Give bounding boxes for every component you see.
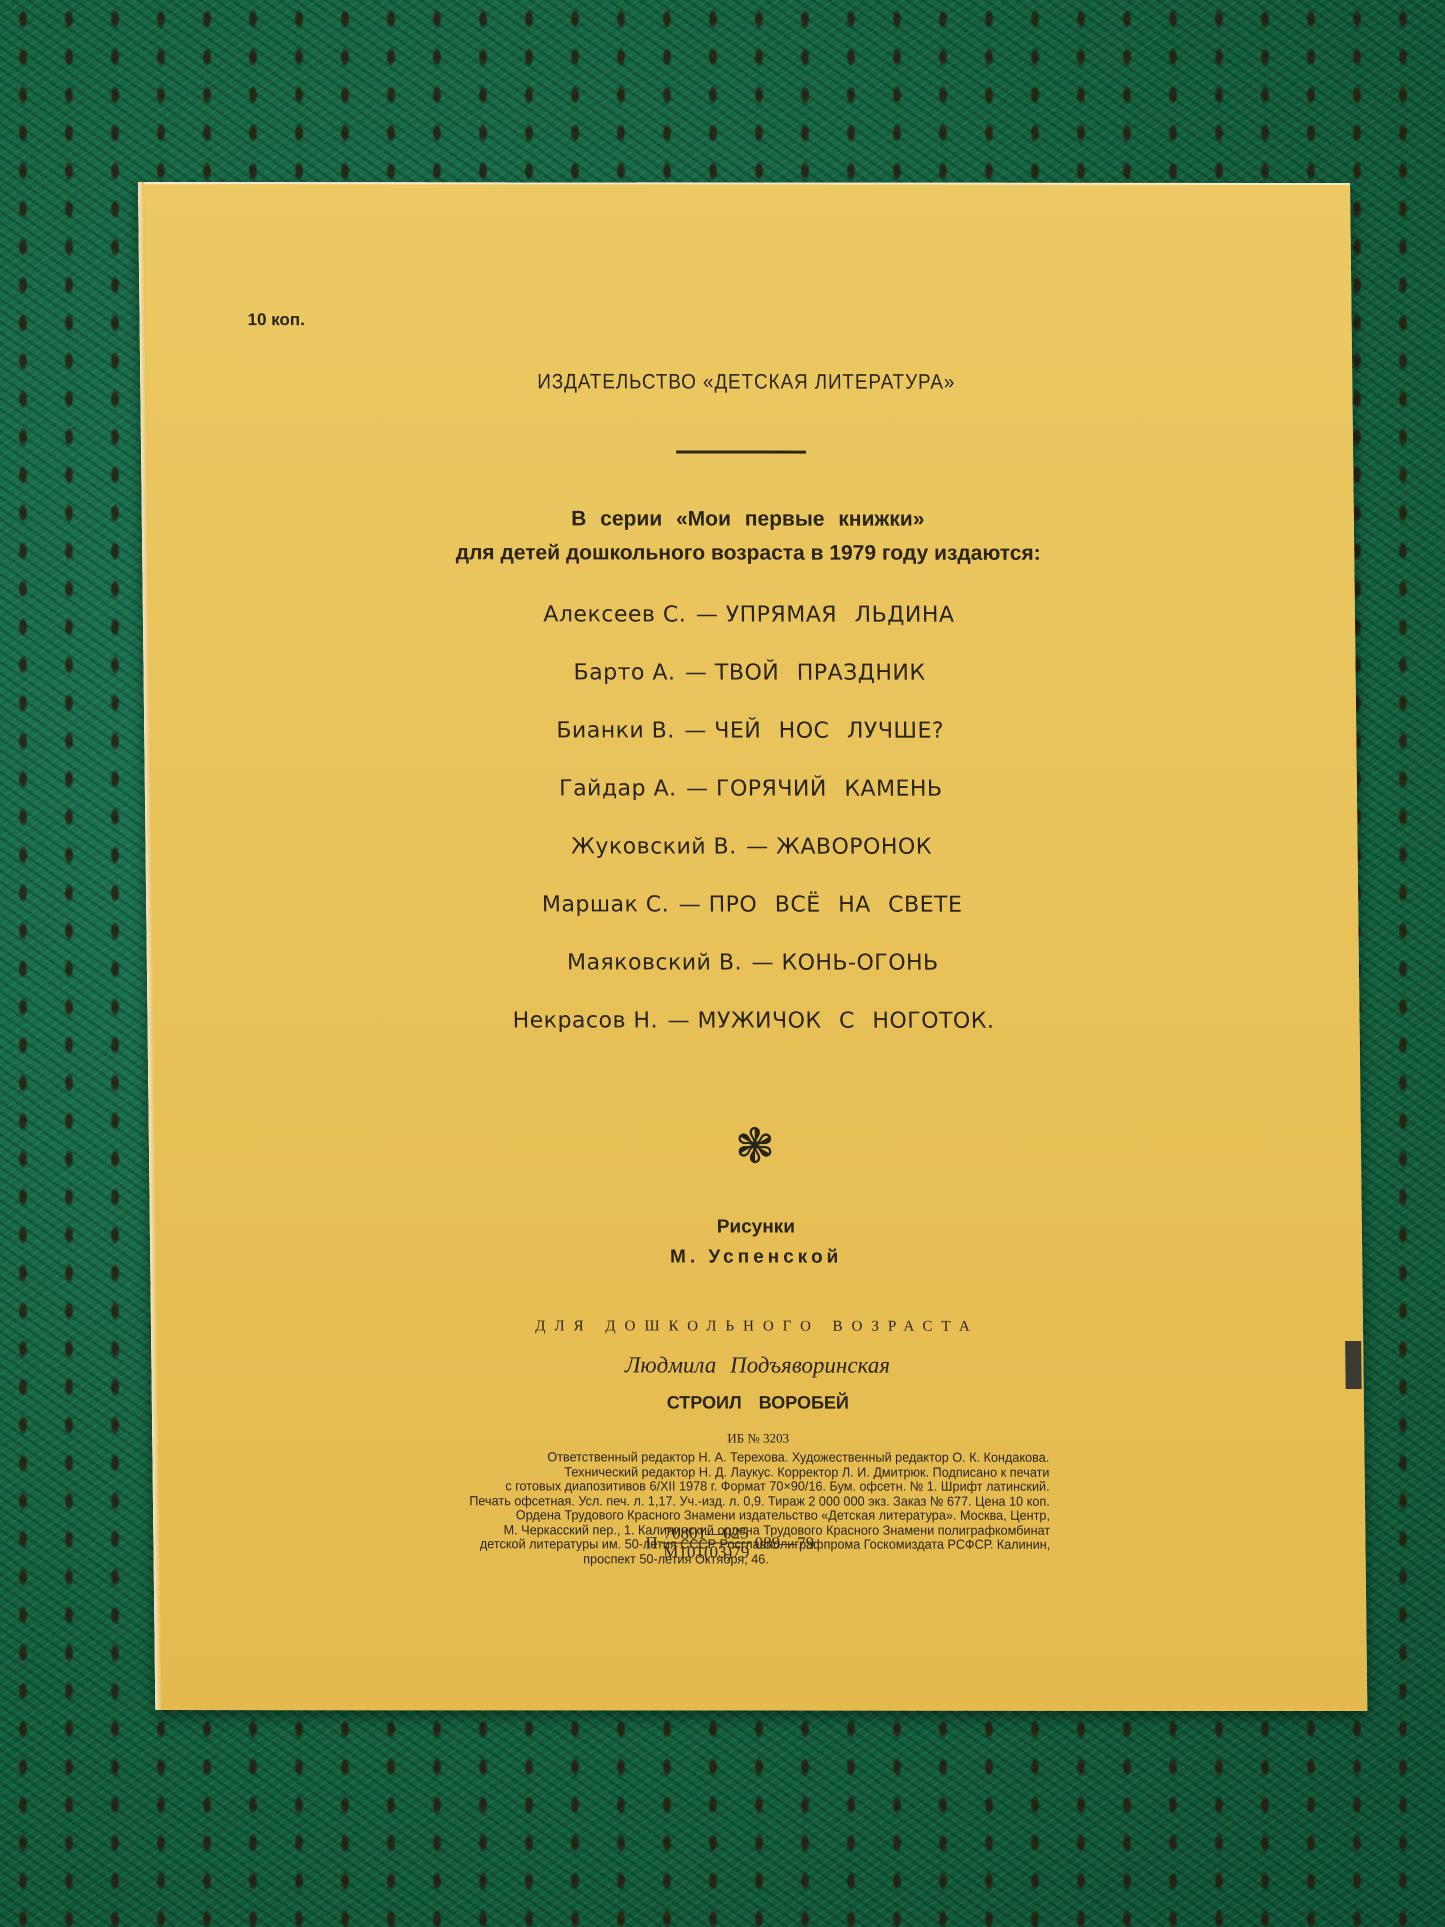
list-item: Маршак С. — ПРО ВСЁ НА СВЕТЕ [146, 892, 1359, 951]
illustrator-name: М. Успенской [150, 1242, 1362, 1273]
index-numerator: 70801—025 [662, 1524, 751, 1543]
index-suffix: 089—79 [755, 1533, 815, 1553]
book-title: СТРОИЛ ВОРОБЕЙ [152, 1392, 1364, 1414]
book-list: Алексеев С. — УПРЯМАЯ ЛЬДИНА Барто А. — … [143, 602, 1360, 1067]
index-denominator: М101(03)79 [663, 1543, 749, 1561]
imprint-line: с готовых диапозитивов 6/XII 1978 г. Фор… [301, 1479, 1050, 1494]
list-item: Маяковский В. — КОНЬ-ОГОНЬ [147, 950, 1360, 1009]
series-line-1: В серии «Мои первые книжки» [142, 502, 1354, 537]
index-fraction: 70801—025 М101(03)79 [662, 1524, 751, 1561]
list-item: Некрасов Н. — МУЖИЧОК С НОГОТОК. [147, 1008, 1360, 1067]
divider-rule [676, 450, 806, 453]
book-back-cover: 10 коп. ИЗДАТЕЛЬСТВО «ДЕТСКАЯ ЛИТЕРАТУРА… [138, 182, 1367, 1711]
index-prefix: П [645, 1533, 658, 1553]
index-code: П 70801—025 М101(03)79 089—79 [645, 1524, 814, 1561]
list-item: Жуковский В. — ЖАВОРОНОК [145, 834, 1358, 893]
publisher-name: ИЗДАТЕЛЬСТВО «ДЕТСКАЯ ЛИТЕРАТУРА» [201, 370, 1292, 395]
series-line-2: для детей дошкольного возраста в 1979 го… [142, 536, 1354, 571]
illustrations-label: Рисунки [150, 1212, 1362, 1243]
imprint-line: Ордена Трудового Красного Знамени издате… [301, 1508, 1050, 1523]
flower-ornament-icon: ❃ [149, 1122, 1362, 1171]
list-item: Бианки В. — ЧЕЙ НОС ЛУЧШЕ? [144, 718, 1357, 777]
price-label: 10 коп. [247, 310, 305, 330]
ib-number: ИБ № 3203 [152, 1430, 1364, 1447]
list-item: Барто А. — ТВОЙ ПРАЗДНИК [143, 660, 1356, 719]
book-author: Людмила Подъяворинская [151, 1352, 1363, 1379]
list-item: Гайдар А. — ГОРЯЧИЙ КАМЕНЬ [145, 776, 1358, 835]
list-item: Алексеев С. — УПРЯМАЯ ЛЬДИНА [143, 602, 1356, 661]
series-heading: В серии «Мои первые книжки» для детей до… [142, 502, 1355, 571]
illustrator-credit: Рисунки М. Успенской [150, 1212, 1363, 1273]
age-group: ДЛЯ ДОШКОЛЬНОГО ВОЗРАСТА [151, 1318, 1363, 1336]
imprint-line: Ответственный редактор Н. А. Терехова. Х… [300, 1450, 1049, 1465]
